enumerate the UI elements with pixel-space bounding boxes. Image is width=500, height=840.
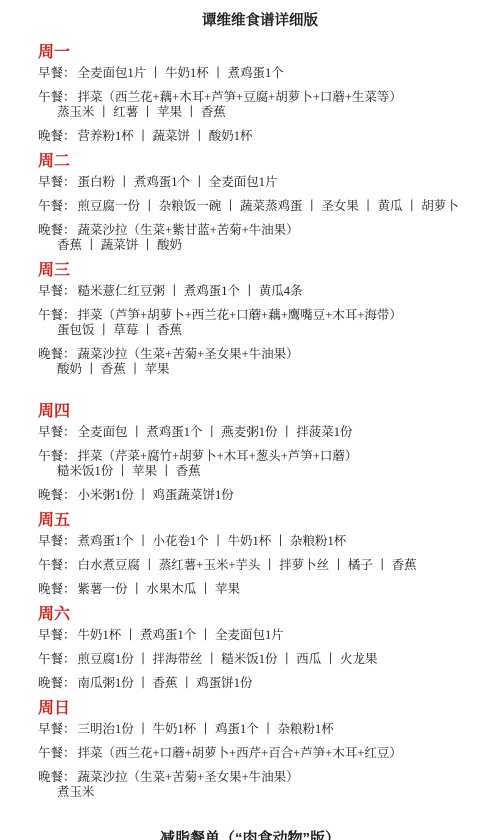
meal-label: 午餐： bbox=[38, 199, 76, 213]
meal-items: 全麦面包1片 丨 牛奶1杯 丨 煮鸡蛋1个 bbox=[78, 66, 284, 80]
meal-lunch: 午餐：拌菜（西兰花+口蘑+胡萝卜+西芹+百合+芦笋+木耳+红豆） bbox=[38, 746, 482, 761]
meal-items: 白水煮豆腐 丨 蒸红薯+玉米+芋头 丨 拌萝卜丝 丨 橘子 丨 香蕉 bbox=[78, 558, 417, 572]
meal-items-continued: 糙米饭1份 丨 苹果 丨 香蕉 bbox=[38, 464, 482, 479]
meal-label: 早餐： bbox=[38, 66, 76, 80]
meal-label: 早餐： bbox=[38, 628, 76, 642]
meal-items: 拌菜（西兰花+藕+木耳+芦笋+豆腐+胡萝卜+口蘑+生菜等） bbox=[78, 90, 402, 104]
meal-breakfast: 早餐：牛奶1杯 丨 煮鸡蛋1个 丨 全麦面包1片 bbox=[38, 628, 482, 643]
meal-items: 营养粉1杯 丨 蔬菜饼 丨 酸奶1杯 bbox=[78, 129, 253, 143]
meal-line: 午餐：拌菜（芹菜+腐竹+胡萝卜+木耳+葱头+芦笋+口蘑） bbox=[38, 449, 482, 464]
meal-breakfast: 早餐：糙米薏仁红豆粥 丨 煮鸡蛋1个 丨 黄瓜4条 bbox=[38, 284, 482, 299]
meal-line: 晚餐：营养粉1杯 丨 蔬菜饼 丨 酸奶1杯 bbox=[38, 129, 482, 144]
meal-line: 午餐：拌菜（西兰花+藕+木耳+芦笋+豆腐+胡萝卜+口蘑+生菜等） bbox=[38, 90, 482, 105]
meal-line: 晚餐：蔬菜沙拉（生菜+苦菊+圣女果+牛油果） bbox=[38, 770, 482, 785]
meal-label: 早餐： bbox=[38, 175, 76, 189]
meal-lunch: 午餐：拌菜（芹菜+腐竹+胡萝卜+木耳+葱头+芦笋+口蘑） 糙米饭1份 丨 苹果 … bbox=[38, 449, 482, 479]
meal-line: 早餐：糙米薏仁红豆粥 丨 煮鸡蛋1个 丨 黄瓜4条 bbox=[38, 284, 482, 299]
meal-items: 煮鸡蛋1个 丨 小花卷1个 丨 牛奶1杯 丨 杂粮粉1杯 bbox=[78, 534, 347, 548]
meal-line: 晚餐：蔬菜沙拉（生菜+苦菊+圣女果+牛油果） bbox=[38, 347, 482, 362]
day-section-friday: 周五 早餐：煮鸡蛋1个 丨 小花卷1个 丨 牛奶1杯 丨 杂粮粉1杯 午餐：白水… bbox=[38, 512, 482, 597]
day-heading: 周二 bbox=[38, 153, 482, 171]
meal-items-continued: 蛋包饭 丨 草莓 丨 香蕉 bbox=[38, 323, 482, 338]
meal-label: 早餐： bbox=[38, 722, 76, 736]
meal-lunch: 午餐：拌菜（芦笋+胡萝卜+西兰花+口蘑+藕+鹰嘴豆+木耳+海带） 蛋包饭 丨 草… bbox=[38, 308, 482, 338]
meal-label: 晚餐： bbox=[38, 582, 76, 596]
meal-dinner: 晚餐：营养粉1杯 丨 蔬菜饼 丨 酸奶1杯 bbox=[38, 129, 482, 144]
meal-plan-document: 谭维维食谱详细版 周一 早餐：全麦面包1片 丨 牛奶1杯 丨 煮鸡蛋1个 午餐：… bbox=[0, 0, 500, 840]
next-section-heading-cutoff: 减脂餐单（“肉食动物”版） bbox=[0, 830, 500, 840]
meal-items: 小米粥1份 丨 鸡蛋蔬菜饼1份 bbox=[78, 488, 234, 502]
meal-breakfast: 早餐：三明治1份 丨 牛奶1杯 丨 鸡蛋1个 丨 杂粮粉1杯 bbox=[38, 722, 482, 737]
meal-line: 早餐：牛奶1杯 丨 煮鸡蛋1个 丨 全麦面包1片 bbox=[38, 628, 482, 643]
meal-items: 煎豆腐1份 丨 拌海带丝 丨 糙米饭1份 丨 西瓜 丨 火龙果 bbox=[78, 652, 378, 666]
meal-items-continued: 酸奶 丨 香蕉 丨 苹果 bbox=[38, 362, 482, 377]
day-section-monday: 周一 早餐：全麦面包1片 丨 牛奶1杯 丨 煮鸡蛋1个 午餐：拌菜（西兰花+藕+… bbox=[38, 44, 482, 144]
meal-line: 午餐：拌菜（芦笋+胡萝卜+西兰花+口蘑+藕+鹰嘴豆+木耳+海带） bbox=[38, 308, 482, 323]
day-heading: 周六 bbox=[38, 606, 482, 624]
meal-label: 晚餐： bbox=[38, 347, 76, 361]
meal-items: 糙米薏仁红豆粥 丨 煮鸡蛋1个 丨 黄瓜4条 bbox=[78, 284, 303, 298]
meal-dinner: 晚餐：紫薯一份 丨 水果木瓜 丨 苹果 bbox=[38, 582, 482, 597]
meal-line: 早餐：煮鸡蛋1个 丨 小花卷1个 丨 牛奶1杯 丨 杂粮粉1杯 bbox=[38, 534, 482, 549]
meal-items: 煎豆腐一份 丨 杂粮饭一碗 丨 蔬菜蒸鸡蛋 丨 圣女果 丨 黄瓜 丨 胡萝卜 bbox=[78, 199, 459, 213]
meal-line: 午餐：煎豆腐一份 丨 杂粮饭一碗 丨 蔬菜蒸鸡蛋 丨 圣女果 丨 黄瓜 丨 胡萝… bbox=[38, 199, 482, 214]
document-body: 谭维维食谱详细版 周一 早餐：全麦面包1片 丨 牛奶1杯 丨 煮鸡蛋1个 午餐：… bbox=[0, 0, 500, 800]
meal-line: 午餐：拌菜（西兰花+口蘑+胡萝卜+西芹+百合+芦笋+木耳+红豆） bbox=[38, 746, 482, 761]
meal-line: 早餐：三明治1份 丨 牛奶1杯 丨 鸡蛋1个 丨 杂粮粉1杯 bbox=[38, 722, 482, 737]
meal-items: 蔬菜沙拉（生菜+苦菊+圣女果+牛油果） bbox=[78, 770, 299, 784]
meal-label: 晚餐： bbox=[38, 770, 76, 784]
meal-line: 晚餐：小米粥1份 丨 鸡蛋蔬菜饼1份 bbox=[38, 488, 482, 503]
meal-items: 全麦面包 丨 煮鸡蛋1个 丨 燕麦粥1份 丨 拌菠菜1份 bbox=[78, 425, 353, 439]
meal-label: 午餐： bbox=[38, 449, 76, 463]
meal-breakfast: 早餐：蛋白粉 丨 煮鸡蛋1个 丨 全麦面包1片 bbox=[38, 175, 482, 190]
day-heading: 周三 bbox=[38, 262, 482, 280]
meal-label: 晚餐： bbox=[38, 223, 76, 237]
meal-items: 拌菜（芦笋+胡萝卜+西兰花+口蘑+藕+鹰嘴豆+木耳+海带） bbox=[78, 308, 402, 322]
meal-items: 三明治1份 丨 牛奶1杯 丨 鸡蛋1个 丨 杂粮粉1杯 bbox=[78, 722, 334, 736]
meal-dinner: 晚餐：蔬菜沙拉（生菜+苦菊+圣女果+牛油果） 煮玉米 bbox=[38, 770, 482, 800]
meal-label: 午餐： bbox=[38, 308, 76, 322]
meal-dinner: 晚餐：小米粥1份 丨 鸡蛋蔬菜饼1份 bbox=[38, 488, 482, 503]
day-heading: 周一 bbox=[38, 44, 482, 62]
day-section-tuesday: 周二 早餐：蛋白粉 丨 煮鸡蛋1个 丨 全麦面包1片 午餐：煎豆腐一份 丨 杂粮… bbox=[38, 153, 482, 253]
meal-label: 晚餐： bbox=[38, 129, 76, 143]
meal-lunch: 午餐：煎豆腐1份 丨 拌海带丝 丨 糙米饭1份 丨 西瓜 丨 火龙果 bbox=[38, 652, 482, 667]
meal-label: 早餐： bbox=[38, 534, 76, 548]
meal-breakfast: 早餐：全麦面包 丨 煮鸡蛋1个 丨 燕麦粥1份 丨 拌菠菜1份 bbox=[38, 425, 482, 440]
meal-line: 午餐：白水煮豆腐 丨 蒸红薯+玉米+芋头 丨 拌萝卜丝 丨 橘子 丨 香蕉 bbox=[38, 558, 482, 573]
meal-items-continued: 蒸玉米 丨 红薯 丨 苹果 丨 香蕉 bbox=[38, 105, 482, 120]
meal-items-continued: 香蕉 丨 蔬菜饼 丨 酸奶 bbox=[38, 238, 482, 253]
day-heading: 周四 bbox=[38, 403, 482, 421]
meal-line: 晚餐：南瓜粥1份 丨 香蕉 丨 鸡蛋饼1份 bbox=[38, 676, 482, 691]
meal-line: 早餐：全麦面包 丨 煮鸡蛋1个 丨 燕麦粥1份 丨 拌菠菜1份 bbox=[38, 425, 482, 440]
day-heading: 周日 bbox=[38, 700, 482, 718]
meal-items: 牛奶1杯 丨 煮鸡蛋1个 丨 全麦面包1片 bbox=[78, 628, 284, 642]
meal-dinner: 晚餐：南瓜粥1份 丨 香蕉 丨 鸡蛋饼1份 bbox=[38, 676, 482, 691]
meal-breakfast: 早餐：煮鸡蛋1个 丨 小花卷1个 丨 牛奶1杯 丨 杂粮粉1杯 bbox=[38, 534, 482, 549]
day-section-sunday: 周日 早餐：三明治1份 丨 牛奶1杯 丨 鸡蛋1个 丨 杂粮粉1杯 午餐：拌菜（… bbox=[38, 700, 482, 800]
day-section-thursday: 周四 早餐：全麦面包 丨 煮鸡蛋1个 丨 燕麦粥1份 丨 拌菠菜1份 午餐：拌菜… bbox=[38, 403, 482, 503]
meal-items: 拌菜（芹菜+腐竹+胡萝卜+木耳+葱头+芦笋+口蘑） bbox=[78, 449, 358, 463]
meal-line: 晚餐：蔬菜沙拉（生菜+紫甘蓝+苦菊+牛油果） bbox=[38, 223, 482, 238]
day-section-wednesday: 周三 早餐：糙米薏仁红豆粥 丨 煮鸡蛋1个 丨 黄瓜4条 午餐：拌菜（芦笋+胡萝… bbox=[38, 262, 482, 377]
meal-label: 晚餐： bbox=[38, 488, 76, 502]
meal-items: 蔬菜沙拉（生菜+紫甘蓝+苦菊+牛油果） bbox=[78, 223, 299, 237]
day-section-saturday: 周六 早餐：牛奶1杯 丨 煮鸡蛋1个 丨 全麦面包1片 午餐：煎豆腐1份 丨 拌… bbox=[38, 606, 482, 691]
page-title: 谭维维食谱详细版 bbox=[38, 12, 482, 30]
meal-label: 早餐： bbox=[38, 284, 76, 298]
meal-lunch: 午餐：拌菜（西兰花+藕+木耳+芦笋+豆腐+胡萝卜+口蘑+生菜等） 蒸玉米 丨 红… bbox=[38, 90, 482, 120]
meal-label: 午餐： bbox=[38, 558, 76, 572]
meal-line: 午餐：煎豆腐1份 丨 拌海带丝 丨 糙米饭1份 丨 西瓜 丨 火龙果 bbox=[38, 652, 482, 667]
meal-items: 蔬菜沙拉（生菜+苦菊+圣女果+牛油果） bbox=[78, 347, 299, 361]
meal-label: 午餐： bbox=[38, 746, 76, 760]
meal-dinner: 晚餐：蔬菜沙拉（生菜+苦菊+圣女果+牛油果） 酸奶 丨 香蕉 丨 苹果 bbox=[38, 347, 482, 377]
meal-items: 拌菜（西兰花+口蘑+胡萝卜+西芹+百合+芦笋+木耳+红豆） bbox=[78, 746, 402, 760]
meal-label: 午餐： bbox=[38, 90, 76, 104]
meal-items-continued: 煮玉米 bbox=[38, 785, 482, 800]
day-heading: 周五 bbox=[38, 512, 482, 530]
meal-items: 紫薯一份 丨 水果木瓜 丨 苹果 bbox=[78, 582, 241, 596]
meal-items: 蛋白粉 丨 煮鸡蛋1个 丨 全麦面包1片 bbox=[78, 175, 278, 189]
meal-breakfast: 早餐：全麦面包1片 丨 牛奶1杯 丨 煮鸡蛋1个 bbox=[38, 66, 482, 81]
meal-lunch: 午餐：煎豆腐一份 丨 杂粮饭一碗 丨 蔬菜蒸鸡蛋 丨 圣女果 丨 黄瓜 丨 胡萝… bbox=[38, 199, 482, 214]
meal-dinner: 晚餐：蔬菜沙拉（生菜+紫甘蓝+苦菊+牛油果） 香蕉 丨 蔬菜饼 丨 酸奶 bbox=[38, 223, 482, 253]
meal-label: 晚餐： bbox=[38, 676, 76, 690]
meal-line: 早餐：蛋白粉 丨 煮鸡蛋1个 丨 全麦面包1片 bbox=[38, 175, 482, 190]
meal-label: 午餐： bbox=[38, 652, 76, 666]
meal-items: 南瓜粥1份 丨 香蕉 丨 鸡蛋饼1份 bbox=[78, 676, 253, 690]
meal-lunch: 午餐：白水煮豆腐 丨 蒸红薯+玉米+芋头 丨 拌萝卜丝 丨 橘子 丨 香蕉 bbox=[38, 558, 482, 573]
meal-label: 早餐： bbox=[38, 425, 76, 439]
meal-line: 晚餐：紫薯一份 丨 水果木瓜 丨 苹果 bbox=[38, 582, 482, 597]
meal-line: 早餐：全麦面包1片 丨 牛奶1杯 丨 煮鸡蛋1个 bbox=[38, 66, 482, 81]
